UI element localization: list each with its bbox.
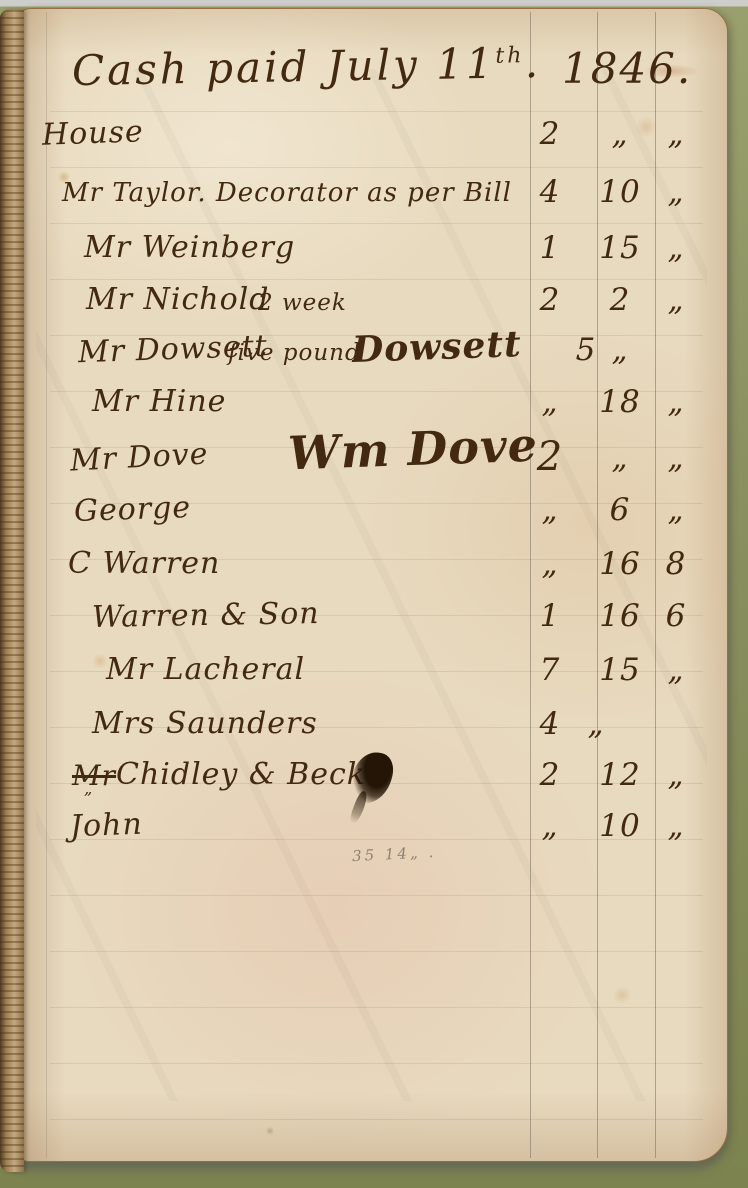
amount-pence: „ — [650, 440, 702, 476]
amount-shillings: 15 — [590, 652, 650, 688]
amount-pounds: „ — [520, 492, 580, 528]
amount-pence: „ — [650, 230, 702, 266]
signature: Dowsett — [351, 323, 522, 371]
amount-pounds: 2 — [520, 434, 580, 480]
ditto-under-prefix: „ — [84, 779, 93, 798]
page-title: Cash paid July 11th. — [72, 38, 542, 95]
amount-pounds: „ — [520, 808, 580, 844]
ledger-photo: Cash paid July 11th. 1846. House 2 „ „ M… — [0, 0, 748, 1188]
amount-shillings: 6 — [590, 492, 650, 528]
amount-shillings: „ — [566, 706, 626, 742]
amount-pence: „ — [650, 808, 702, 844]
ledger-row: George „ 6 „ — [0, 492, 748, 540]
amount-pence: „ — [650, 282, 702, 318]
ledger-row: Mr Dowsett five pound Dowsett 5 „ — [0, 332, 748, 380]
entry-name: Warren & Son — [92, 596, 320, 635]
amount-pounds: 2 — [520, 116, 580, 152]
ledger-row: House 2 „ „ — [0, 116, 748, 164]
amount-shillings: 10 — [590, 808, 650, 844]
ledger-row: Mr Taylor. Decorator as per Bill 4 10 „ — [0, 174, 748, 222]
entry-name: House — [41, 114, 144, 153]
struck-prefix: Mr — [72, 759, 116, 792]
entry-note: 2 week — [258, 290, 347, 316]
amount-shillings: „ — [590, 332, 650, 368]
amount-pounds: 4 — [520, 174, 580, 210]
entry-name: George — [73, 490, 191, 529]
amount-shillings: 15 — [590, 230, 650, 266]
amount-pence: „ — [650, 757, 702, 793]
amount-pence: „ — [650, 384, 702, 420]
amount-shillings: 18 — [590, 384, 650, 420]
amount-pounds: 2 — [520, 757, 580, 793]
entry-name: Chidley & Beck — [116, 757, 366, 792]
ledger-row: Mr Dove Wm Dove 2 „ „ — [0, 440, 748, 488]
signature: Wm Dove — [287, 418, 539, 481]
ledger-row: C Warren „ 16 8 — [0, 546, 748, 594]
amount-shillings: 2 — [590, 282, 650, 318]
amount-shillings: „ — [590, 116, 650, 152]
amount-pounds: „ — [520, 546, 580, 582]
amount-pence: 6 — [650, 598, 702, 634]
amount-shillings: „ — [590, 440, 650, 476]
amount-pence: „ — [650, 116, 702, 152]
amount-shillings: 12 — [590, 757, 650, 793]
ledger-row: Mr Nichold 2 week 2 2 „ — [0, 282, 748, 330]
amount-pounds: 1 — [520, 230, 580, 266]
entry-name: Mr Nichold — [86, 282, 269, 317]
entry-name: C Warren — [68, 546, 220, 581]
ledger-row: Mr Lacheral 7 15 „ — [0, 652, 748, 700]
entry-name: Mr Hine — [92, 384, 226, 419]
ledger-row: Warren & Son 1 16 6 — [0, 598, 748, 646]
amount-shillings: 10 — [590, 174, 650, 210]
amount-pence: „ — [650, 492, 702, 528]
amount-pounds: 2 — [520, 282, 580, 318]
title-ordinal: th — [495, 43, 524, 69]
title-year: 1846. — [562, 44, 692, 93]
entry-name: Mr Lacheral — [106, 652, 305, 687]
amount-shillings: 16 — [590, 546, 650, 582]
entry-name: Mr Dove — [69, 436, 209, 478]
title-dot: . — [524, 38, 541, 87]
amount-pence: „ — [650, 174, 702, 210]
entry-name: Mrs Saunders — [92, 706, 318, 741]
entry-note: five pound — [228, 340, 361, 366]
amount-pence: „ — [650, 652, 702, 688]
amount-pounds: 1 — [520, 598, 580, 634]
entry-name: Mr Taylor. Decorator as per Bill — [62, 178, 512, 208]
amount-pence: 8 — [650, 546, 702, 582]
amount-shillings: 16 — [590, 598, 650, 634]
ledger-row: Mrs Saunders 4 „ — [0, 706, 748, 754]
entry-name: John — [69, 807, 143, 845]
entry-name: Mr Weinberg — [84, 230, 295, 265]
amount-pounds: „ — [520, 384, 580, 420]
amount-pounds: 7 — [520, 652, 580, 688]
title-text: Cash paid July 11 — [72, 39, 496, 95]
ledger-row: Mr Weinberg 1 15 „ — [0, 230, 748, 278]
